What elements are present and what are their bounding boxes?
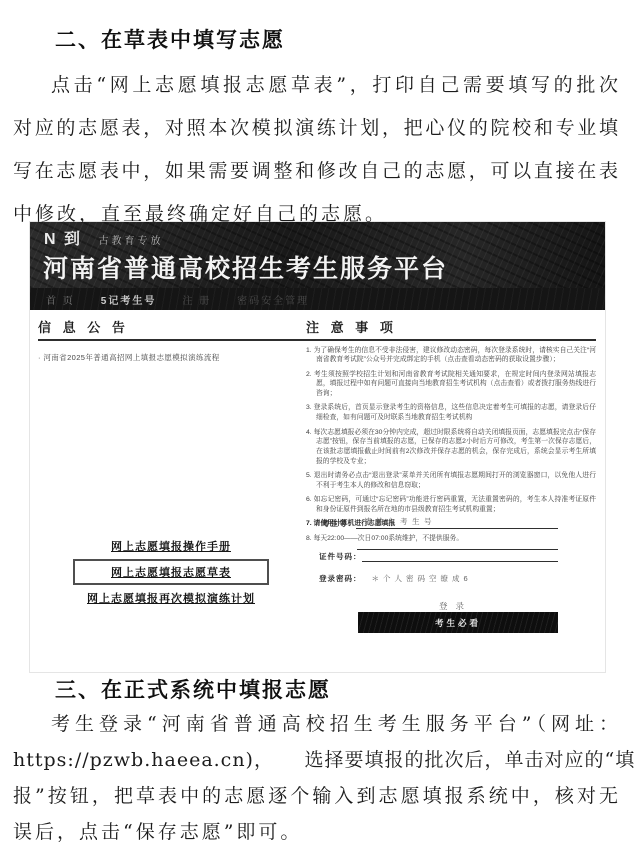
- paragraph-line: 误后，点击“保存志愿”即可。: [13, 814, 619, 842]
- notice-item: 3. 登录系统后，首页显示登录考生的资格信息，这些信息决定着考生可填报的志愿，请…: [306, 403, 596, 423]
- notice-list: 1. 为了确保考生的信息不受非法侵害，建议修改动态密码，每次登录系统时，请核实自…: [306, 346, 596, 544]
- platform-navbar: 首 页5记考生号注 册密码安全管理: [30, 288, 605, 310]
- notice-item: 1. 为了确保考生的信息不受非法侵害，建议修改动态密码，每次登录系统时，请核实自…: [306, 346, 596, 366]
- paragraph-line: https://pzwb.haeea.cn)， 选择要填报的批次后，单击对应的“…: [13, 742, 619, 778]
- notice-panel: 注 意 事 项 1. 为了确保考生的信息不受非法侵害，建议修改动态密码，每次登录…: [306, 317, 596, 544]
- notice-item: 4. 每次志愿填报必须在30分钟内完成，超过时限系统将自动关闭填报页面，志愿填报…: [306, 428, 596, 467]
- site-logo: N 到 古教育专放: [44, 226, 163, 249]
- notice-item: 6. 如忘记密码，可通过“忘记密码”功能进行密码重置，无法重置密码的，考生本人持…: [306, 495, 596, 515]
- notice-item: 2. 考生须按照学校招生计划和河南省教育考试院相关通知要求，在规定时间内登录网站…: [306, 370, 596, 399]
- cert-number-label: 证件号码：: [319, 551, 362, 562]
- login-button[interactable]: 登录: [439, 600, 472, 612]
- paragraph-line: 考生登录“河南省普通高校招生考生服务平台”（网址：: [13, 706, 619, 742]
- platform-screenshot: N 到 古教育专放 河南省普通高校招生考生服务平台 首 页5记考生号注 册密码安…: [30, 222, 605, 672]
- platform-title: 河南省普通高校招生考生服务平台: [43, 249, 448, 285]
- screenshot-body: 信 息 公 告 · 河南省2025年普通高招网上填报志愿模拟演练流程 注 意 事…: [30, 310, 605, 672]
- download-links: 网上志愿填报操作手册网上志愿填报志愿草表网上志愿填报再次模拟演练计划: [73, 538, 269, 611]
- cert-number-row: 证件号码：: [319, 550, 558, 562]
- paragraph-line: 点击“网上志愿填报志愿草表”，打印自己需要填写的批次: [13, 64, 619, 107]
- document-link[interactable]: 网上志愿填报操作手册: [73, 538, 269, 554]
- announcement-link[interactable]: · 河南省2025年普通高招网上填报志愿模拟演练流程: [38, 352, 306, 363]
- document-link[interactable]: 网上志愿填报再次模拟演练计划: [73, 590, 269, 606]
- site-logo-caption: 古教育专放: [98, 236, 163, 247]
- notice-item: 5. 退出时请务必点击“退出登录”菜单并关闭所有填报志愿期间打开的浏览器窗口，以…: [306, 471, 596, 491]
- screenshot-header: N 到 古教育专放 河南省普通高校招生考生服务平台: [30, 222, 605, 288]
- nav-item[interactable]: 5记考生号: [101, 292, 157, 307]
- cert-number-input[interactable]: [357, 540, 558, 550]
- cert-number-input-line[interactable]: [362, 550, 559, 562]
- announcements-panel: 信 息 公 告 · 河南省2025年普通高招网上填报志愿模拟演练流程: [38, 317, 306, 363]
- paragraph-line: 报”按钮，把草表中的志愿逐个输入到志愿填报系统中，核对无: [13, 778, 619, 814]
- announcements-list: · 河南省2025年普通高招网上填报志愿模拟演练流程: [38, 352, 306, 363]
- must-read-banner[interactable]: 考生必看: [358, 612, 558, 633]
- notice-heading: 注 意 事 项: [306, 317, 596, 341]
- nav-item[interactable]: 密码安全管理: [237, 292, 309, 307]
- candidate-id-row: 考生号： 请输入考生号: [322, 516, 558, 529]
- announcements-heading: 信 息 公 告: [38, 317, 306, 341]
- nav-item[interactable]: 注 册: [182, 292, 211, 307]
- password-row: 登录密码： ＊个人密码空缭成6: [319, 573, 558, 584]
- password-hint: ＊个人密码空缭成6: [362, 573, 559, 584]
- section-2-heading: 二、在草表中填写志愿: [55, 24, 285, 54]
- paragraph-line: 写在志愿表中，如果需要调整和修改自己的志愿，可以直接在表: [13, 150, 619, 193]
- paragraph-line: 对应的志愿表，对照本次模拟演练计划，把心仪的院校和专业填: [13, 107, 619, 150]
- document-page: 二、在草表中填写志愿 点击“网上志愿填报志愿草表”，打印自己需要填写的批次 对应…: [0, 0, 634, 842]
- section-3-paragraph: 考生登录“河南省普通高校招生考生服务平台”（网址： https://pzwb.h…: [13, 706, 619, 842]
- candidate-id-input[interactable]: 请输入考生号: [356, 516, 558, 529]
- site-logo-text: N 到: [44, 231, 82, 248]
- section-2-paragraph: 点击“网上志愿填报志愿草表”，打印自己需要填写的批次 对应的志愿表，对照本次模拟…: [13, 64, 619, 236]
- document-link[interactable]: 网上志愿填报志愿草表: [73, 559, 269, 585]
- candidate-id-label: 考生号：: [322, 518, 356, 529]
- password-label: 登录密码：: [319, 573, 362, 584]
- section-3-heading: 三、在正式系统中填报志愿: [55, 674, 331, 704]
- nav-item[interactable]: 首 页: [46, 292, 75, 307]
